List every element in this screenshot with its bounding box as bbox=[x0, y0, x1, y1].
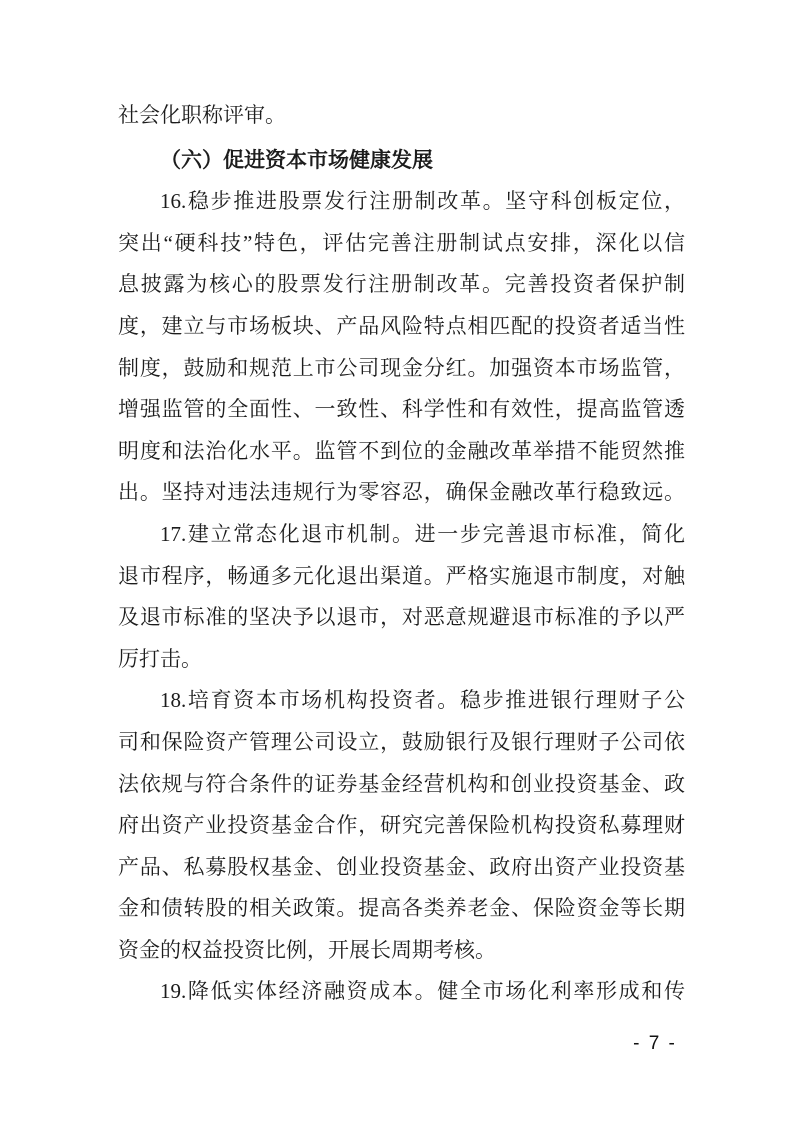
paragraph-line: 司和保险资产管理公司设立，鼓励银行及银行理财子公司依 bbox=[118, 722, 685, 764]
paragraph-line: 突出“硬科技”特色，评估完善注册制试点安排，深化以信 bbox=[118, 223, 685, 265]
paragraph-line: 社会化职称评审。 bbox=[118, 95, 685, 137]
paragraph-line: 18.培育资本市场机构投资者。稳步推进银行理财子公 bbox=[118, 680, 685, 722]
paragraph-line: 16.稳步推进股票发行注册制改革。坚守科创板定位， bbox=[118, 181, 685, 223]
paragraph-line: 法依规与符合条件的证券基金经营机构和创业投资基金、政 bbox=[118, 764, 685, 806]
paragraph-line: 厉打击。 bbox=[118, 639, 685, 681]
paragraph-line: 资金的权益投资比例，开展长周期考核。 bbox=[118, 930, 685, 972]
paragraph-line: 制度，鼓励和规范上市公司现金分红。加强资本市场监管， bbox=[118, 348, 685, 390]
paragraph-line: 出。坚持对违法违规行为零容忍，确保金融改革行稳致远。 bbox=[118, 472, 685, 514]
paragraph-line: 府出资产业投资基金合作，研究完善保险机构投资私募理财 bbox=[118, 805, 685, 847]
paragraph-line: 度，建立与市场板块、产品风险特点相匹配的投资者适当性 bbox=[118, 306, 685, 348]
paragraph-line: 明度和法治化水平。监管不到位的金融改革举措不能贸然推 bbox=[118, 431, 685, 473]
section-heading: （六）促进资本市场健康发展 bbox=[118, 140, 685, 182]
paragraph-line: 及退市标准的坚决予以退市，对恶意规避退市标准的予以严 bbox=[118, 597, 685, 639]
paragraph-line: 19.降低实体经济融资成本。健全市场化利率形成和传 bbox=[118, 971, 685, 1013]
paragraph-line: 退市程序，畅通多元化退出渠道。严格实施退市制度，对触 bbox=[118, 556, 685, 598]
document-body: 社会化职称评审。 （六）促进资本市场健康发展 16.稳步推进股票发行注册制改革。… bbox=[118, 95, 685, 1013]
page-number: - 7 - bbox=[620, 1033, 690, 1055]
paragraph-line: 增强监管的全面性、一致性、科学性和有效性，提高监管透 bbox=[118, 389, 685, 431]
paragraph-line: 息披露为核心的股票发行注册制改革。完善投资者保护制 bbox=[118, 264, 685, 306]
paragraph-line: 产品、私募股权基金、创业投资基金、政府出资产业投资基 bbox=[118, 847, 685, 889]
paragraph-line: 金和债转股的相关政策。提高各类养老金、保险资金等长期 bbox=[118, 888, 685, 930]
document-page: 社会化职称评审。 （六）促进资本市场健康发展 16.稳步推进股票发行注册制改革。… bbox=[0, 0, 800, 1131]
paragraph-line: 17.建立常态化退市机制。进一步完善退市标准，简化 bbox=[118, 514, 685, 556]
